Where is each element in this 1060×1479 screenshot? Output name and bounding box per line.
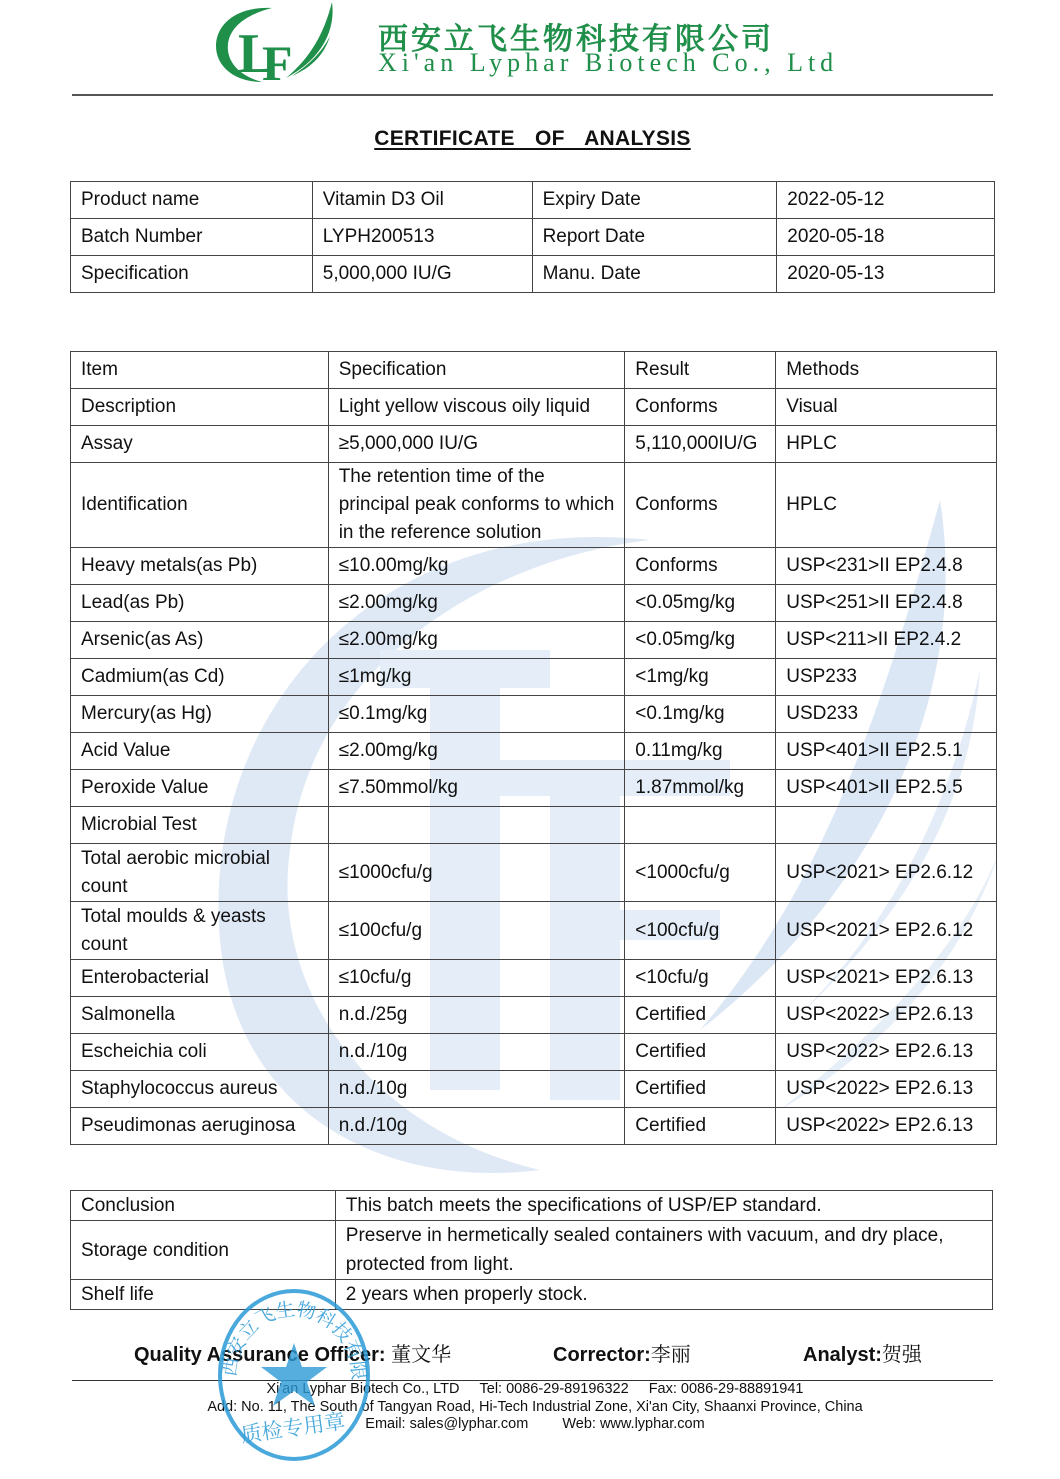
product-info-table: Product name Vitamin D3 Oil Expiry Date … bbox=[70, 181, 995, 293]
label-conclusion: Conclusion bbox=[71, 1191, 336, 1221]
value-expiry-date: 2022-05-12 bbox=[777, 182, 995, 219]
cell-specification: n.d./10g bbox=[328, 1108, 625, 1145]
cell-item: Total aerobic microbial count bbox=[71, 844, 329, 902]
table-row: Batch Number LYPH200513 Report Date 2020… bbox=[71, 219, 995, 256]
cell-specification: ≤10.00mg/kg bbox=[328, 548, 625, 585]
cell-specification: ≤2.00mg/kg bbox=[328, 585, 625, 622]
table-row: Escheichia colin.d./10gCertifiedUSP<2022… bbox=[71, 1034, 997, 1071]
footer-fax: Fax: 0086-29-88891941 bbox=[649, 1381, 804, 1397]
footer-company: Xi'an Lyphar Biotech Co., LTD bbox=[267, 1381, 460, 1397]
cell-result: Certified bbox=[625, 1071, 776, 1108]
cell-item: Staphylococcus aureus bbox=[71, 1071, 329, 1108]
letterhead: L F 西安立飞生物科技有限公司 Xi'an Lyphar Biotech Co… bbox=[0, 0, 1060, 96]
analyst-name: 贺强 bbox=[882, 1342, 922, 1366]
cell-specification: Light yellow viscous oily liquid bbox=[328, 389, 625, 426]
value-manu-date: 2020-05-13 bbox=[777, 256, 995, 293]
cell-result: Certified bbox=[625, 997, 776, 1034]
cell-item: Heavy metals(as Pb) bbox=[71, 548, 329, 585]
analyst-signature: Analyst:贺强 bbox=[803, 1338, 922, 1367]
table-row: Total moulds & yeasts count≤100cfu/g<100… bbox=[71, 902, 997, 960]
cell-item: Cadmium(as Cd) bbox=[71, 659, 329, 696]
cell-item: Salmonella bbox=[71, 997, 329, 1034]
cell-result: Conforms bbox=[625, 389, 776, 426]
cell-item: Total moulds & yeasts count bbox=[71, 902, 329, 960]
cell-method: Visual bbox=[776, 389, 997, 426]
table-row: Heavy metals(as Pb)≤10.00mg/kgConformsUS… bbox=[71, 548, 997, 585]
table-row: Arsenic(as As)≤2.00mg/kg<0.05mg/kgUSP<21… bbox=[71, 622, 997, 659]
table-row: Staphylococcus aureusn.d./10gCertifiedUS… bbox=[71, 1071, 997, 1108]
qa-officer-signature: Quality Assurance Officer: 董文华 bbox=[134, 1338, 451, 1367]
cell-result: <1000cfu/g bbox=[625, 844, 776, 902]
cell-method: USP<251>II EP2.4.8 bbox=[776, 585, 997, 622]
cell-method: USP<2021> EP2.6.12 bbox=[776, 902, 997, 960]
table-row: Microbial Test bbox=[71, 807, 997, 844]
table-header-row: Item Specification Result Methods bbox=[71, 352, 997, 389]
cell-method: USP<231>II EP2.4.8 bbox=[776, 548, 997, 585]
cell-method: USP<211>II EP2.4.2 bbox=[776, 622, 997, 659]
cell-result: Conforms bbox=[625, 548, 776, 585]
cell-specification: ≤100cfu/g bbox=[328, 902, 625, 960]
cell-result: <10cfu/g bbox=[625, 960, 776, 997]
cell-item: Microbial Test bbox=[71, 807, 329, 844]
cell-result: <0.1mg/kg bbox=[625, 696, 776, 733]
cell-result: <0.05mg/kg bbox=[625, 585, 776, 622]
table-row: Specification 5,000,000 IU/G Manu. Date … bbox=[71, 256, 995, 293]
cell-item: Description bbox=[71, 389, 329, 426]
cell-item: Peroxide Value bbox=[71, 770, 329, 807]
value-specification: 5,000,000 IU/G bbox=[312, 256, 532, 293]
cell-method: USP<2022> EP2.6.13 bbox=[776, 1034, 997, 1071]
label-manu-date: Manu. Date bbox=[532, 256, 777, 293]
cell-result: <0.05mg/kg bbox=[625, 622, 776, 659]
cell-result: Conforms bbox=[625, 463, 776, 548]
value-storage-condition: Preserve in hermetically sealed containe… bbox=[335, 1221, 992, 1280]
label-product-name: Product name bbox=[71, 182, 313, 219]
cell-result: Certified bbox=[625, 1108, 776, 1145]
table-row: Assay≥5,000,000 IU/G5,110,000IU/GHPLC bbox=[71, 426, 997, 463]
cell-item: Escheichia coli bbox=[71, 1034, 329, 1071]
value-report-date: 2020-05-18 bbox=[777, 219, 995, 256]
analyst-label: Analyst: bbox=[803, 1344, 882, 1366]
cell-method: USP<2022> EP2.6.13 bbox=[776, 1071, 997, 1108]
footer-contact: Xi'an Lyphar Biotech Co., LTD Tel: 0086-… bbox=[0, 1381, 1060, 1434]
label-shelf-life: Shelf life bbox=[71, 1280, 336, 1310]
cell-item: Lead(as Pb) bbox=[71, 585, 329, 622]
cell-method: USP<2022> EP2.6.13 bbox=[776, 1108, 997, 1145]
cell-specification bbox=[328, 807, 625, 844]
table-row: Enterobacterial≤10cfu/g<10cfu/gUSP<2021>… bbox=[71, 960, 997, 997]
footer-tel: Tel: 0086-29-89196322 bbox=[480, 1381, 629, 1397]
cell-result: 5,110,000IU/G bbox=[625, 426, 776, 463]
conclusion-table: Conclusion This batch meets the specific… bbox=[70, 1190, 993, 1310]
value-shelf-life: 2 years when properly stock. bbox=[335, 1280, 992, 1310]
qa-officer-label: Quality Assurance Officer: bbox=[134, 1344, 386, 1366]
table-row: DescriptionLight yellow viscous oily liq… bbox=[71, 389, 997, 426]
cell-method: USP233 bbox=[776, 659, 997, 696]
cell-specification: ≤0.1mg/kg bbox=[328, 696, 625, 733]
quality-inspection-stamp-icon: 西安立飞生物科技有限公司 质检专用章 bbox=[212, 1285, 372, 1463]
column-header-result: Result bbox=[625, 352, 776, 389]
footer-email[interactable]: Email: sales@lyphar.com bbox=[365, 1416, 528, 1432]
cell-result: <100cfu/g bbox=[625, 902, 776, 960]
cell-item: Identification bbox=[71, 463, 329, 548]
table-row: Storage condition Preserve in hermetical… bbox=[71, 1221, 993, 1280]
cell-method: HPLC bbox=[776, 463, 997, 548]
cell-specification: n.d./10g bbox=[328, 1034, 625, 1071]
cell-method bbox=[776, 807, 997, 844]
label-report-date: Report Date bbox=[532, 219, 777, 256]
cell-item: Arsenic(as As) bbox=[71, 622, 329, 659]
table-row: Lead(as Pb)≤2.00mg/kg<0.05mg/kgUSP<251>I… bbox=[71, 585, 997, 622]
label-specification: Specification bbox=[71, 256, 313, 293]
cell-specification: ≥5,000,000 IU/G bbox=[328, 426, 625, 463]
table-row: Acid Value≤2.00mg/kg0.11mg/kgUSP<401>II … bbox=[71, 733, 997, 770]
corrector-name: 李丽 bbox=[651, 1342, 691, 1366]
label-storage-condition: Storage condition bbox=[71, 1221, 336, 1280]
cell-specification: ≤2.00mg/kg bbox=[328, 622, 625, 659]
cell-specification: ≤1000cfu/g bbox=[328, 844, 625, 902]
table-row: Conclusion This batch meets the specific… bbox=[71, 1191, 993, 1221]
footer-address: Add: No. 11, The South of Tangyan Road, … bbox=[207, 1399, 862, 1415]
column-header-methods: Methods bbox=[776, 352, 997, 389]
qa-officer-name: 董文华 bbox=[391, 1342, 451, 1366]
column-header-item: Item bbox=[71, 352, 329, 389]
cell-result: Certified bbox=[625, 1034, 776, 1071]
table-row: Mercury(as Hg)≤0.1mg/kg<0.1mg/kgUSD233 bbox=[71, 696, 997, 733]
header-divider bbox=[72, 94, 993, 96]
table-row: Shelf life 2 years when properly stock. bbox=[71, 1280, 993, 1310]
company-logo-icon: L F bbox=[212, 2, 336, 84]
value-product-name: Vitamin D3 Oil bbox=[312, 182, 532, 219]
analysis-results-table: Item Specification Result Methods Descri… bbox=[70, 351, 997, 1145]
cell-result bbox=[625, 807, 776, 844]
cell-item: Enterobacterial bbox=[71, 960, 329, 997]
cell-method: HPLC bbox=[776, 426, 997, 463]
table-row: Pseudimonas aeruginosan.d./10gCertifiedU… bbox=[71, 1108, 997, 1145]
value-conclusion: This batch meets the specifications of U… bbox=[335, 1191, 992, 1221]
cell-specification: The retention time of the principal peak… bbox=[328, 463, 625, 548]
table-row: Salmonellan.d./25gCertifiedUSP<2022> EP2… bbox=[71, 997, 997, 1034]
corrector-signature: Corrector:李丽 bbox=[553, 1338, 691, 1367]
cell-result: <1mg/kg bbox=[625, 659, 776, 696]
cell-method: USP<2022> EP2.6.13 bbox=[776, 997, 997, 1034]
corrector-label: Corrector: bbox=[553, 1344, 651, 1366]
cell-method: USP<401>II EP2.5.5 bbox=[776, 770, 997, 807]
cell-method: USP<2021> EP2.6.13 bbox=[776, 960, 997, 997]
column-header-specification: Specification bbox=[328, 352, 625, 389]
cell-method: USP<401>II EP2.5.1 bbox=[776, 733, 997, 770]
table-row: Peroxide Value≤7.50mmol/kg1.87mmol/kgUSP… bbox=[71, 770, 997, 807]
cell-specification: ≤2.00mg/kg bbox=[328, 733, 625, 770]
signature-block: Quality Assurance Officer: 董文华 Corrector… bbox=[0, 1338, 1060, 1370]
cell-specification: ≤7.50mmol/kg bbox=[328, 770, 625, 807]
cell-result: 1.87mmol/kg bbox=[625, 770, 776, 807]
company-name-english: Xi'an Lyphar Biotech Co., Ltd bbox=[378, 48, 838, 78]
footer-web[interactable]: Web: www.lyphar.com bbox=[562, 1416, 704, 1432]
label-batch-number: Batch Number bbox=[71, 219, 313, 256]
cell-item: Pseudimonas aeruginosa bbox=[71, 1108, 329, 1145]
cell-specification: ≤10cfu/g bbox=[328, 960, 625, 997]
value-batch-number: LYPH200513 bbox=[312, 219, 532, 256]
cell-method: USD233 bbox=[776, 696, 997, 733]
document-title: CERTIFICATE OF ANALYSIS bbox=[0, 127, 1060, 151]
table-row: Total aerobic microbial count≤1000cfu/g<… bbox=[71, 844, 997, 902]
cell-item: Assay bbox=[71, 426, 329, 463]
table-row: Product name Vitamin D3 Oil Expiry Date … bbox=[71, 182, 995, 219]
label-expiry-date: Expiry Date bbox=[532, 182, 777, 219]
cell-result: 0.11mg/kg bbox=[625, 733, 776, 770]
cell-specification: n.d./25g bbox=[328, 997, 625, 1034]
table-row: Cadmium(as Cd)≤1mg/kg<1mg/kgUSP233 bbox=[71, 659, 997, 696]
table-row: IdentificationThe retention time of the … bbox=[71, 463, 997, 548]
cell-specification: ≤1mg/kg bbox=[328, 659, 625, 696]
cell-item: Mercury(as Hg) bbox=[71, 696, 329, 733]
cell-item: Acid Value bbox=[71, 733, 329, 770]
cell-method: USP<2021> EP2.6.12 bbox=[776, 844, 997, 902]
cell-specification: n.d./10g bbox=[328, 1071, 625, 1108]
